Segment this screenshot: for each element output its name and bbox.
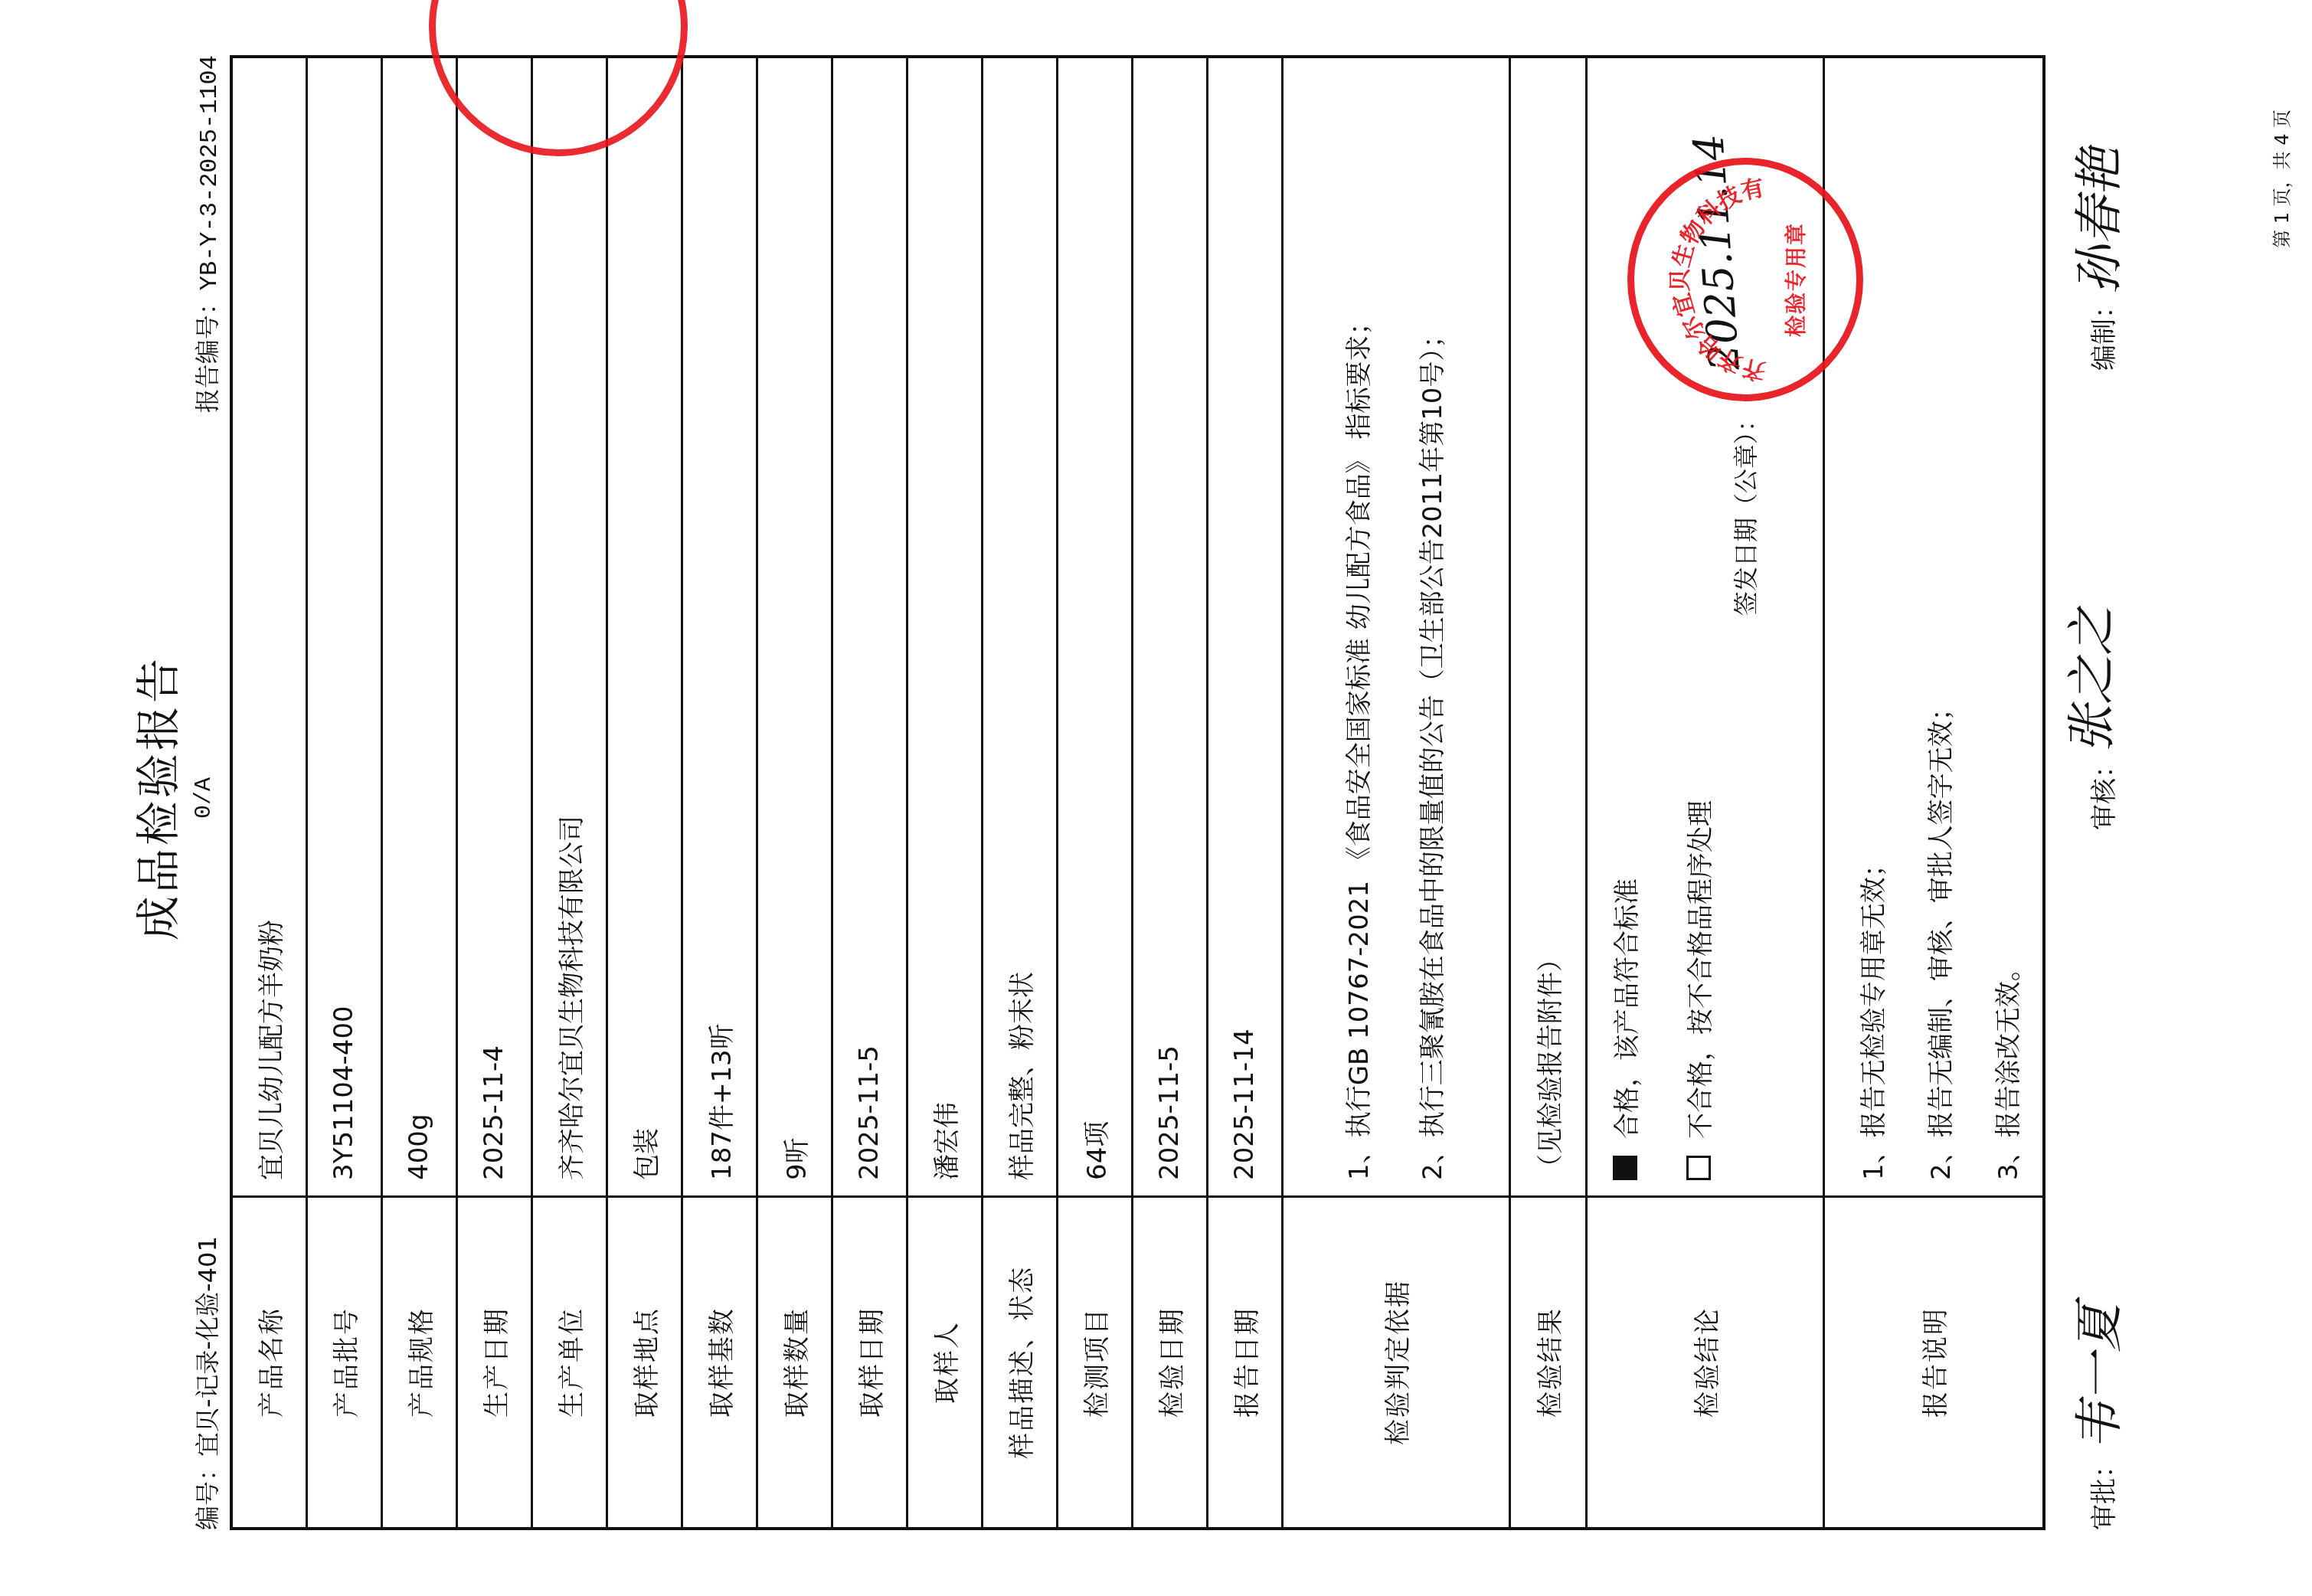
approve-label: 审批： [2083, 1452, 2121, 1530]
report-number-label: 报告编号： [193, 290, 222, 413]
checkbox-pass[interactable] [1613, 1156, 1637, 1180]
field-label: 报告日期 [1207, 1197, 1282, 1529]
field-value: 2025-11-5 [1132, 57, 1207, 1197]
field-row: 取样地点包装 [607, 57, 682, 1529]
field-row: 样品描述、状态样品完整、粉末状 [982, 57, 1057, 1529]
basis-row: 检验判定依据 1、执行GB 10767-2021 《食品安全国家标准 幼儿配方食… [1282, 57, 1509, 1529]
field-row: 取样人潘宏伟 [907, 57, 982, 1529]
compile-signature: 孙春艳 [2060, 147, 2131, 294]
report-number: 报告编号：YB-Y-3-2025-1104 [188, 55, 224, 413]
conclusion-option-pass-text: 合格，该产品符合标准 [1612, 878, 1643, 1139]
field-value: 2025-11-5 [832, 57, 907, 1197]
result-row: 检验结果 （见检验报告附件） [1509, 57, 1586, 1529]
field-row: 取样数量9听 [757, 57, 832, 1529]
field-value: 宜贝儿幼儿配方羊奶粉 [231, 57, 306, 1197]
seal-company-text: 齐齐哈尔宜贝生物科技有限公司 [1634, 175, 1768, 394]
field-value: 样品完整、粉末状 [982, 57, 1057, 1197]
field-label: 取样地点 [607, 1197, 682, 1529]
field-label: 取样数量 [757, 1197, 832, 1529]
field-value: 包装 [607, 57, 682, 1197]
notes-label: 报告说明 [1823, 1197, 2044, 1529]
field-row: 产品规格400g [381, 57, 456, 1529]
checkbox-fail[interactable] [1686, 1156, 1711, 1180]
field-row: 产品名称宜贝儿幼儿配方羊奶粉 [231, 57, 306, 1529]
field-label: 生产单位 [531, 1197, 607, 1529]
notes-value: 1、报告无检验专用章无效； 2、报告无编制、审核、审批人签字无效； 3、报告涂改… [1823, 57, 2044, 1197]
field-row: 检验日期2025-11-5 [1132, 57, 1207, 1529]
field-label: 取样人 [907, 1197, 982, 1529]
field-label: 生产日期 [456, 1197, 531, 1529]
field-label: 取样日期 [832, 1197, 907, 1529]
conclusion-label: 检验结论 [1586, 1197, 1823, 1529]
field-value: 400g [381, 57, 456, 1197]
field-row: 检测项目64项 [1057, 57, 1132, 1529]
field-label: 产品批号 [306, 1197, 381, 1529]
approve-signature: 韦一夏 [2060, 1303, 2131, 1450]
field-value: 3Y51104-400 [306, 57, 381, 1197]
report-number-value: YB-Y-3-2025-1104 [195, 55, 224, 290]
field-row: 报告日期2025-11-14 [1207, 57, 1282, 1529]
field-value: 64项 [1057, 57, 1132, 1197]
field-row: 取样基数187件+13听 [682, 57, 757, 1529]
basis-line: 1、执行GB 10767-2021 《食品安全国家标准 幼儿配方食品》 指标要求… [1323, 74, 1396, 1180]
review-signature: 张之之 [2052, 607, 2123, 754]
field-value: 2025-11-4 [456, 57, 531, 1197]
field-row: 取样日期2025-11-5 [832, 57, 907, 1529]
field-label: 样品描述、状态 [982, 1197, 1057, 1529]
field-label: 检验日期 [1132, 1197, 1207, 1529]
page-info: 第 1 页，共 4 页 [2267, 110, 2294, 248]
basis-label: 检验判定依据 [1282, 1197, 1509, 1529]
conclusion-option-fail-text: 不合格，按不合格品程序处理 [1686, 800, 1716, 1139]
note-line: 3、报告涂改无效。 [1975, 74, 2042, 1180]
result-label: 检验结果 [1509, 1197, 1586, 1529]
result-value: （见检验报告附件） [1509, 57, 1586, 1197]
compile-label: 编制： [2083, 293, 2121, 371]
seal-ring-text: 齐齐哈尔宜贝生物科技有限公司 [1634, 165, 1856, 394]
inspection-seal: 齐齐哈尔宜贝生物科技有限公司 检验专用章 [1627, 158, 1863, 401]
field-value: 齐齐哈尔宜贝生物科技有限公司 [531, 57, 607, 1197]
field-row: 生产日期2025-11-4 [456, 57, 531, 1529]
basis-line: 2、执行三聚氰胺在食品中的限量值的公告（卫生部公告2011年第10号）； [1396, 74, 1470, 1180]
page-title: 成品检验报告 [123, 0, 187, 1596]
svg-text:齐齐哈尔宜贝生物科技有限公司: 齐齐哈尔宜贝生物科技有限公司 [1634, 175, 1768, 394]
issue-date-label: 签发日期（公章）： [1727, 407, 1762, 616]
field-value: 9听 [757, 57, 832, 1197]
basis-value: 1、执行GB 10767-2021 《食品安全国家标准 幼儿配方食品》 指标要求… [1282, 57, 1509, 1197]
field-value: 潘宏伟 [907, 57, 982, 1197]
field-label: 取样基数 [682, 1197, 757, 1529]
field-row: 产品批号3Y51104-400 [306, 57, 381, 1529]
field-value: 187件+13听 [682, 57, 757, 1197]
field-label: 产品规格 [381, 1197, 456, 1529]
note-line: 2、报告无编制、审核、审批人签字无效； [1908, 74, 1975, 1180]
field-label: 产品名称 [231, 1197, 306, 1529]
field-row: 生产单位齐齐哈尔宜贝生物科技有限公司 [531, 57, 607, 1529]
review-label: 审核： [2083, 752, 2121, 830]
field-value: 2025-11-14 [1207, 57, 1282, 1197]
field-label: 检测项目 [1057, 1197, 1132, 1529]
inspection-report-page: 编号：宜贝-记录-化验-401 成品检验报告 0/A 报告编号：YB-Y-3-2… [0, 0, 2312, 1596]
